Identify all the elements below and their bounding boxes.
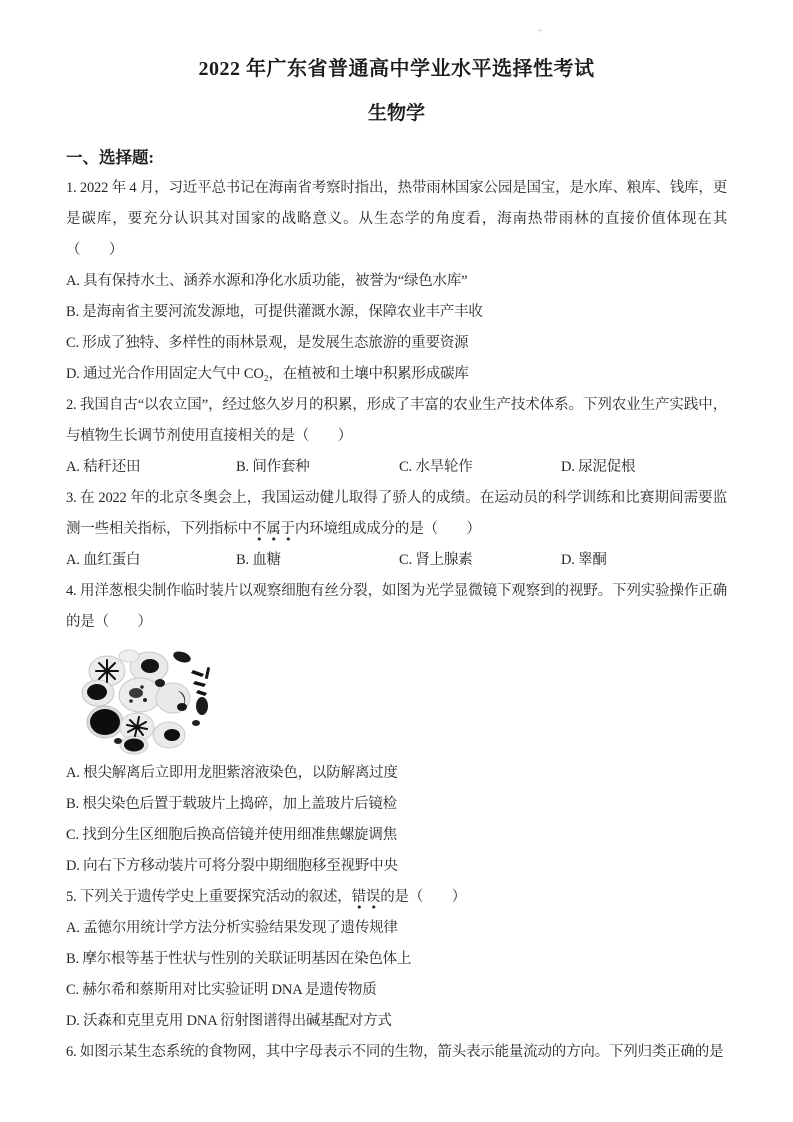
question-3-option-c: C. 肾上腺素	[399, 545, 561, 576]
question-2-option-d: D. 尿泥促根	[561, 452, 727, 483]
page-title: 2022 年广东省普通高中学业水平选择性考试	[66, 54, 727, 84]
question-3-stem-post: 内环境组成成分的是（ ）	[295, 521, 481, 537]
faint-plus-mark: +	[537, 27, 543, 37]
question-4-option-d: D. 向右下方移动装片可将分裂中期细胞移至视野中央	[66, 851, 727, 882]
question-6-stem: 6. 如图示某生态系统的食物网，其中字母表示不同的生物，箭头表示能量流动的方向。…	[66, 1037, 727, 1068]
question-5-option-c: C. 赫尔希和蔡斯用对比实验证明 DNA 是遗传物质	[66, 975, 727, 1006]
exam-page: + 2022 年广东省普通高中学业水平选择性考试 生物学 一、选择题: 1. 2…	[0, 0, 793, 1122]
question-2-option-c: C. 水旱轮作	[399, 452, 561, 483]
question-4-option-b: B. 根尖染色后置于载玻片上捣碎，加上盖玻片后镜检	[66, 789, 727, 820]
question-2-stem: 2. 我国自古“以农立国”，经过悠久岁月的积累，形成了丰富的农业生产技术体系。下…	[66, 390, 727, 452]
question-4-stem: 4. 用洋葱根尖制作临时装片以观察细胞有丝分裂，如图为光学显微镜下观察到的视野。…	[66, 576, 727, 638]
question-1-option-c: C. 形成了独特、多样性的雨林景观，是发展生态旅游的重要资源	[66, 328, 727, 359]
question-1-option-b: B. 是海南省主要河流发源地，可提供灌溉水源，保障农业丰产丰收	[66, 297, 727, 328]
question-1-option-a: A. 具有保持水土、涵养水源和净化水质功能，被誉为“绿色水库”	[66, 266, 727, 297]
question-5-option-a: A. 孟德尔用统计学方法分析实验结果发现了遗传规律	[66, 913, 727, 944]
question-4-option-a: A. 根尖解离后立即用龙胆紫溶液染色，以防解离过度	[66, 758, 727, 789]
question-5-option-d: D. 沃森和克里克用 DNA 衍射图谱得出碱基配对方式	[66, 1006, 727, 1037]
question-3-option-d: D. 睾酮	[561, 545, 727, 576]
question-5-stem-emphasis: 错误	[352, 889, 381, 909]
question-5-stem: 5. 下列关于遗传学史上重要探究活动的叙述，错误的是（ ）	[66, 882, 727, 913]
question-5-stem-pre: 5. 下列关于遗传学史上重要探究活动的叙述，	[66, 889, 352, 905]
question-4-option-c: C. 找到分生区细胞后换高倍镜并使用细准焦螺旋调焦	[66, 820, 727, 851]
question-5-stem-post: 的是（ ）	[380, 889, 466, 905]
question-2-options: A. 秸秆还田 B. 间作套种 C. 水旱轮作 D. 尿泥促根	[66, 452, 727, 483]
question-2-option-b: B. 间作套种	[236, 452, 399, 483]
onion-root-tip-micrograph	[74, 643, 219, 755]
subject-title: 生物学	[66, 99, 727, 128]
question-1-stem: 1. 2022 年 4 月，习近平总书记在海南省考察时指出，热带雨林国家公园是国…	[66, 173, 727, 266]
question-3-options: A. 血红蛋白 B. 血糖 C. 肾上腺素 D. 睾酮	[66, 545, 727, 576]
question-5-option-b: B. 摩尔根等基于性状与性别的关联证明基因在染色体上	[66, 944, 727, 975]
question-3-stem: 3. 在 2022 年的北京冬奥会上，我国运动健儿取得了骄人的成绩。在运动员的科…	[66, 483, 727, 545]
question-3-option-b: B. 血糖	[236, 545, 399, 576]
micrograph-svg	[74, 643, 219, 755]
question-2-option-a: A. 秸秆还田	[66, 452, 236, 483]
section-heading: 一、选择题:	[66, 144, 727, 171]
page-content: 2022 年广东省普通高中学业水平选择性考试 生物学 一、选择题: 1. 202…	[0, 0, 793, 1068]
question-1-option-d: D. 通过光合作用固定大气中 CO₂，在植被和土壤中积累形成碳库	[66, 359, 727, 390]
question-3-option-a: A. 血红蛋白	[66, 545, 236, 576]
question-3-stem-emphasis: 不属于	[252, 521, 295, 541]
